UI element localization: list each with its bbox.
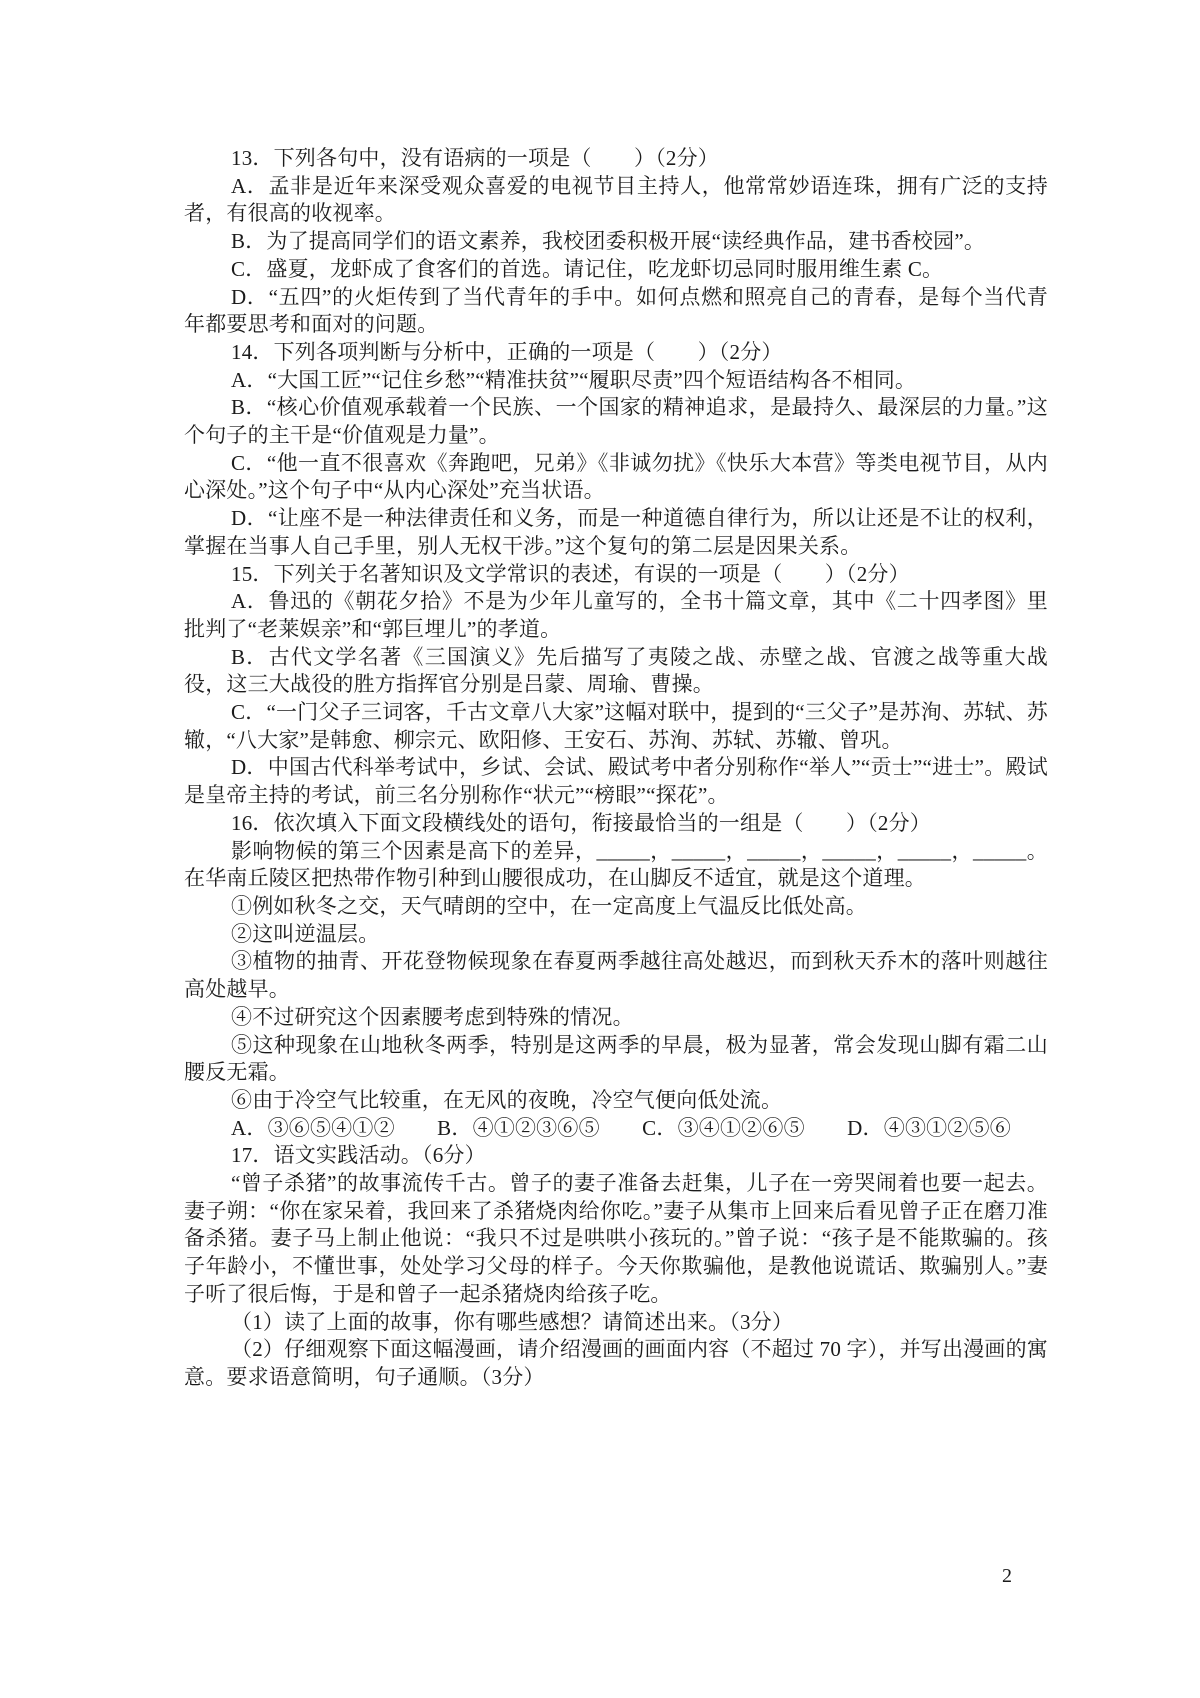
q16-passage: 影响物候的第三个因素是高下的差异，_____，_____，_____，_____… <box>184 838 1048 893</box>
q14-option-c: C．“他一直不很喜欢《奔跑吧，兄弟》《非诚勿扰》《快乐大本营》等类电视节目，从内… <box>184 450 1048 505</box>
q17-part-1: （1）读了上面的故事，你有哪些感想？请简述出来。（3分） <box>184 1309 1048 1337</box>
q16-sentence-1: ①例如秋冬之交，天气晴朗的空中，在一定高度上气温反比低处高。 <box>184 893 1048 921</box>
q13-option-d: D．“五四”的火炬传到了当代青年的手中。如何点燃和照亮自己的青春，是每个当代青年… <box>184 284 1048 339</box>
exam-page: 13．下列各句中，没有语病的一项是（ ）（2分） A．孟非是近年来深受观众喜爱的… <box>0 0 1200 1698</box>
q17-passage: “曾子杀猪”的故事流传千古。曾子的妻子准备去赶集，儿子在一旁哭闹着也要一起去。妻… <box>184 1170 1048 1309</box>
q13-stem: 13．下列各句中，没有语病的一项是（ ）（2分） <box>184 145 1048 173</box>
q17-stem: 17．语文实践活动。（6分） <box>184 1142 1048 1170</box>
q14-option-b: B．“核心价值观承载着一个民族、一个国家的精神追求，是最持久、最深层的力量。”这… <box>184 394 1048 449</box>
q16-sentence-6: ⑥由于冷空气比较重，在无风的夜晚，冷空气便向低处流。 <box>184 1087 1048 1115</box>
q17-part-2: （2）仔细观察下面这幅漫画，请介绍漫画的画面内容（不超过 70 字），并写出漫画… <box>184 1336 1048 1391</box>
document-body: 13．下列各句中，没有语病的一项是（ ）（2分） A．孟非是近年来深受观众喜爱的… <box>184 145 1048 1392</box>
q15-option-d: D．中国古代科举考试中，乡试、会试、殿试考中者分别称作“举人”“贡士”“进士”。… <box>184 754 1048 809</box>
q15-option-c: C．“一门父子三词客，千古文章八大家”这幅对联中，提到的“三父子”是苏洵、苏轼、… <box>184 699 1048 754</box>
q16-sentence-3: ③植物的抽青、开花登物候现象在春夏两季越往高处越迟，而到秋天乔木的落叶则越往高处… <box>184 948 1048 1003</box>
q14-option-a: A．“大国工匠”“记住乡愁”“精准扶贫”“履职尽责”四个短语结构各不相同。 <box>184 367 1048 395</box>
q15-option-b: B．古代文学名著《三国演义》先后描写了夷陵之战、赤壁之战、官渡之战等重大战役，这… <box>184 644 1048 699</box>
page-number: 2 <box>1002 1565 1032 1588</box>
q13-option-a: A．孟非是近年来深受观众喜爱的电视节目主持人，他常常妙语连珠，拥有广泛的支持者，… <box>184 173 1048 228</box>
q14-option-d: D．“让座不是一种法律责任和义务，而是一种道德自律行为，所以让还是不让的权利，掌… <box>184 505 1048 560</box>
q16-sentence-5: ⑤这种现象在山地秋冬两季，特别是这两季的早晨，极为显著，常会发现山脚有霜二山腰反… <box>184 1032 1048 1087</box>
q13-option-c: C．盛夏，龙虾成了食客们的首选。请记住，吃龙虾切忌同时服用维生素 C。 <box>184 256 1048 284</box>
q15-stem: 15．下列关于名著知识及文学常识的表述，有误的一项是（ ）（2分） <box>184 561 1048 589</box>
q16-answer-options: A．③⑥⑤④①② B．④①②③⑥⑤ C．③④①②⑥⑤ D．④③①②⑤⑥ <box>184 1115 1048 1143</box>
q16-sentence-4: ④不过研究这个因素腰考虑到特殊的情况。 <box>184 1004 1048 1032</box>
q15-option-a: A．鲁迅的《朝花夕拾》不是为少年儿童写的，全书十篇文章，其中《二十四孝图》里批判… <box>184 588 1048 643</box>
q14-stem: 14．下列各项判断与分析中，正确的一项是（ ）（2分） <box>184 339 1048 367</box>
q16-stem: 16．依次填入下面文段横线处的语句，衔接最恰当的一组是（ ）（2分） <box>184 810 1048 838</box>
q16-sentence-2: ②这叫逆温层。 <box>184 921 1048 949</box>
q13-option-b: B．为了提高同学们的语文素养，我校团委积极开展“读经典作品，建书香校园”。 <box>184 228 1048 256</box>
